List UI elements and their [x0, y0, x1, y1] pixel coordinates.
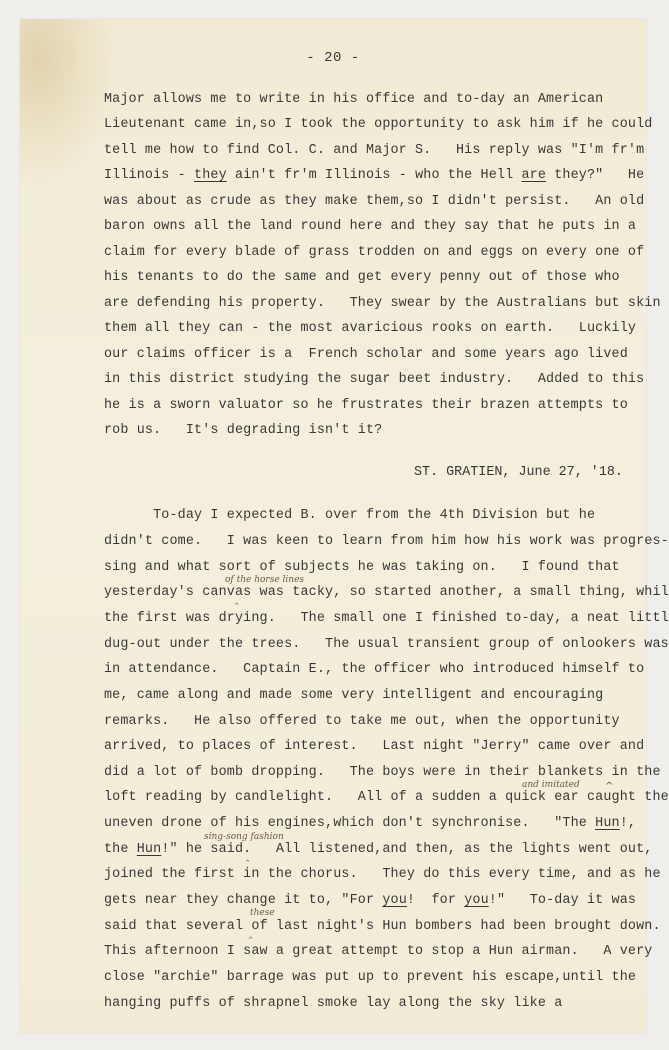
text-line: was about as crude as they make them,so …: [104, 194, 644, 210]
text-run: ! for: [407, 893, 464, 908]
text-line: his tenants to do the same and get every…: [104, 270, 620, 286]
text-line: uneven drone of his engines,which don't …: [104, 816, 636, 832]
text-run: gets near they change it to, "For: [104, 893, 382, 908]
text-line: the Hun!" he said. All listened,and then…: [104, 842, 652, 858]
underlined-word: are: [521, 168, 546, 183]
text-line: arrived, to places of interest. Last nig…: [104, 739, 644, 755]
text-line: me, came along and made some very intell…: [104, 688, 603, 704]
text-line: close "archie" barrage was put up to pre…: [104, 970, 636, 986]
insertion-caret-icon: ‸: [249, 928, 252, 939]
text-run: Illinois -: [104, 168, 194, 183]
text-line: said that several of last night's Hun bo…: [104, 919, 661, 935]
text-line: rob us. It's degrading isn't it?: [104, 423, 382, 439]
underlined-word: you: [464, 893, 489, 908]
text-line: in attendance. Captain E., the officer w…: [104, 662, 644, 678]
text-line: he is a sworn valuator so he frustrates …: [104, 398, 628, 414]
text-line: did a lot of bomb dropping. The boys wer…: [104, 765, 661, 781]
text-run: the: [104, 842, 137, 857]
dateline: ST. GRATIEN, June 27, '18.: [414, 465, 623, 480]
text-line: in this district studying the sugar beet…: [104, 372, 644, 388]
text-line: didn't come. I was keen to learn from hi…: [104, 534, 669, 550]
underlined-word: Hun: [137, 842, 162, 857]
text-line: remarks. He also offered to take me out,…: [104, 714, 620, 730]
handwritten-annotation: these: [250, 908, 275, 918]
handwritten-annotation: and imitated: [522, 780, 580, 790]
text-run: !" To-day it was: [489, 893, 636, 908]
underlined-word: you: [382, 893, 407, 908]
insertion-caret-icon: ‸: [246, 851, 249, 862]
text-line: Major allows me to write in his office a…: [104, 92, 603, 108]
text-run: they?" He: [546, 168, 644, 183]
insertion-caret-icon: ^: [605, 781, 613, 792]
text-line: baron owns all the land round here and t…: [104, 219, 636, 235]
handwritten-annotation: sing-song fashion: [204, 832, 284, 842]
page-number: - 20 -: [20, 50, 646, 66]
text-run: !,: [620, 816, 636, 831]
text-line: This afternoon I saw a great attempt to …: [104, 944, 652, 960]
text-line: Illinois - they ain't fr'm Illinois - wh…: [104, 168, 644, 184]
underlined-word: they: [194, 168, 227, 183]
text-run: ain't fr'm Illinois - who the Hell: [227, 168, 522, 183]
underlined-word: Hun: [595, 816, 620, 831]
text-line: are defending his property. They swear b…: [104, 296, 661, 312]
text-line: tell me how to find Col. C. and Major S.…: [104, 143, 644, 159]
text-line: To-day I expected B. over from the 4th D…: [104, 508, 595, 524]
text-line: dug-out under the trees. The usual trans…: [104, 637, 669, 653]
typewritten-page: - 20 - Major allows me to write in his o…: [20, 19, 646, 1033]
text-line: sing and what sort of subjects he was ta…: [104, 560, 620, 576]
text-line: hanging puffs of shrapnel smoke lay alon…: [104, 996, 562, 1012]
text-line: gets near they change it to, "For you! f…: [104, 893, 636, 909]
text-line: our claims officer is a French scholar a…: [104, 347, 628, 363]
handwritten-annotation: of the horse lines: [225, 575, 304, 585]
text-line: claim for every blade of grass trodden o…: [104, 245, 644, 261]
text-line: the first was drying. The small one I fi…: [104, 611, 669, 627]
text-run: !" he said. All listened,and then, as th…: [161, 842, 652, 857]
insertion-caret-icon: ‸: [235, 594, 238, 605]
text-line: them all they can - the most avaricious …: [104, 321, 636, 337]
text-line: yesterday's canvas was tacky, so started…: [104, 585, 669, 601]
text-line: joined the first in the chorus. They do …: [104, 867, 661, 883]
text-line: Lieutenant came in,so I took the opportu…: [104, 117, 652, 133]
text-line: loft reading by candlelight. All of a su…: [104, 790, 669, 806]
text-run: uneven drone of his engines,which don't …: [104, 816, 595, 831]
